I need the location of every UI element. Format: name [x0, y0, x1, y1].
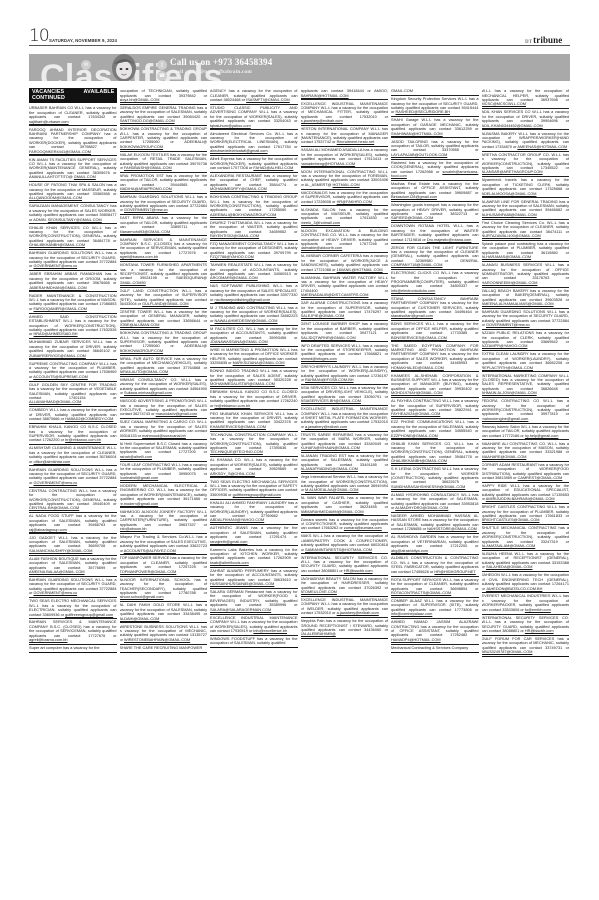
- listing-contact-email[interactable]: BDNSSERVICES@GMAIL.COM: [391, 336, 447, 340]
- classified-listing: GHALIB KHAN SERVICES CO. W.L.L has a vac…: [391, 440, 479, 466]
- listing-contact-email[interactable]: MOHD1979AH@GMAIL.COM: [391, 391, 443, 395]
- classified-listing: MACDONALDS has a vacancy for the occupat…: [301, 190, 389, 207]
- listing-contact-email[interactable]: SAFIEED@GMAIL.COM: [391, 216, 433, 220]
- classified-listing: Super art computer has a vacancy for the: [29, 645, 117, 653]
- classified-listing: WINDOWS FOODSTUFF has a vacancy for the …: [210, 636, 298, 648]
- listing-contact-email[interactable]: SALMANCHAUDHRY@GMAIL.COM: [29, 549, 92, 553]
- listing-contact-email[interactable]: a.jawahery@exibah.com: [305, 425, 347, 429]
- classified-listing: ALJANAN TRADING EST has a vacancy for th…: [301, 453, 389, 474]
- listing-contact-email[interactable]: ISASMFTI@GMAIL.COM: [246, 98, 290, 102]
- newspaper-logo: DTtribune: [525, 35, 562, 45]
- listing-text: FOUR LEAF CONTRACTING W.L.L has a vacanc…: [120, 463, 208, 476]
- listing-contact-email[interactable]: ALANSAR@ARETHAGROUP.COM: [482, 170, 543, 174]
- classified-listing: Kingdom Security Protection Services W.L…: [391, 96, 479, 117]
- classified-listing: AL DAHI FAKIH GOLD STORE W.L.L has a vac…: [120, 602, 208, 623]
- listing-contact-email[interactable]: ABU33249787@GMAIL.COM: [482, 650, 533, 654]
- listing-contact-email[interactable]: ALJANATRADING@GMAIL.COM: [301, 467, 358, 471]
- listing-text: ALAM FASHION BOUTIQUE has a vacancy for …: [29, 557, 117, 570]
- classified-listing: BDNS SERVICES W.L.L has a vacancy for th…: [391, 321, 479, 342]
- classified-listing: GREYCHERRY'S LAUNDRY W.L.L has a vacancy…: [301, 364, 389, 385]
- classified-listing: DOWNTOWN ROTANA HOTEL W.L.L has a vacanc…: [391, 223, 479, 244]
- classified-listing: MALAK ELKOON TEXTILES has a vacancy for …: [120, 152, 208, 173]
- classified-listing: AL RASHIDIYA GARDEN has a vacancy for th…: [391, 534, 479, 555]
- listing-contact-email[interactable]: ranajeeth@gmail.com: [210, 540, 247, 544]
- classified-listing: JJO GADGET W.L.L has a vacancy for the o…: [29, 534, 117, 555]
- listing-contact-email[interactable]: HR@FAKHRO.COM: [337, 200, 372, 204]
- classified-listing: DHURKZ THATTAKADA W.L.L has a vacancy fo…: [210, 220, 298, 241]
- listing-contact-email[interactable]: MARKSIZIANA@GMAIL.COM: [233, 361, 285, 365]
- listing-text: MUHAMMAD ZUBAIR SERVICES W.L.L has a vac…: [29, 340, 117, 353]
- listing-contact-email[interactable]: mahmutengine@gmail.com: [482, 417, 529, 421]
- listing-text: MONTANA TOWER FURNISHED APARTMENTS has a…: [120, 263, 208, 280]
- listing-contact-email[interactable]: sajitharh@urbaser.com: [29, 120, 69, 124]
- listing-text: JASOD TAILORING has a vacancy for the oc…: [391, 140, 479, 153]
- listing-contact-email[interactable]: fo@emibh.com: [525, 608, 551, 612]
- listing-contact-email[interactable]: GOVERNMENT@mrw.co: [34, 264, 78, 268]
- listing-text: W.L.L has a vacancy for the occupation o…: [482, 89, 570, 102]
- listing-contact-email[interactable]: ACCOUNTS@SUPREME.COM: [33, 375, 88, 379]
- listing-contact-email[interactable]: BRIGHTCASTLES@GMAIL.COM: [482, 518, 540, 522]
- listing-text: BOKHOWA CONTRACTING & TRADING GROUP W.L.…: [120, 331, 208, 348]
- listing-text: SALARA GERMAN Restaurant has a vacancy f…: [210, 590, 298, 607]
- listing-contact-email[interactable]: HOTMAIL.COM: [333, 183, 360, 187]
- listing-contact-email[interactable]: AMEENADALIB@DIST.CAMITRS.COM: [301, 293, 369, 297]
- logo-text: tribune: [533, 35, 562, 45]
- classified-listing: ARETHA CONTRACTOR GROUP CO. W.L.L has a …: [482, 152, 570, 178]
- listing-text: FAROOQ AHMAD INTERIOR DECORATION BAHRAIN…: [29, 128, 117, 150]
- listing-contact-email[interactable]: info@excellence.bh: [253, 629, 287, 633]
- listing-contact-email[interactable]: SANTTINGO.DG@GMAIL.COM: [120, 119, 175, 123]
- listing-contact-email[interactable]: FAROOQAMER@GMAIL.COM: [34, 307, 87, 311]
- listing-text: M FACILITIES CO. W.L.L has a vacancy for…: [210, 327, 298, 340]
- listing-contact-email[interactable]: Bintasdum128@gmail.com: [391, 195, 437, 199]
- listing-contact-email[interactable]: LAYLAPAJAB@OUTLOOK.COM: [391, 153, 447, 157]
- listing-text: ELECTRONIC CLICKS CO W.L.L has a vacancy…: [391, 271, 479, 288]
- listing-contact-email[interactable]: ARKSDY_S@CHNL.COM: [210, 472, 255, 476]
- listing-contact-email[interactable]: hr.modern@gmail.com: [120, 502, 159, 506]
- classifieds-column: occupation of TECHNICIAN, suitably quali…: [120, 88, 208, 888]
- listing-contact-email[interactable]: FAROOQMKER4441@GMAIL.COM: [29, 150, 91, 154]
- listing-contact-email[interactable]: AMEENAS@HOTMAIL.COM: [517, 145, 567, 149]
- listing-text: KHAMEES AL-SHEHABI CORPORATION & BUSINES…: [391, 374, 479, 391]
- classified-listing: HASAN ALI MOHAMED ASADALLA has a vacancy…: [301, 147, 389, 168]
- classified-listing: AIRAIL FUR AUTO SERVICE has a vacancy fo…: [120, 356, 208, 377]
- classified-listing: PEO MUBARAK KHAN SERVICES W.L.L has a va…: [210, 410, 298, 431]
- listing-contact-email[interactable]: raj@alnadagroup.com: [29, 528, 67, 532]
- listing-contact-email[interactable]: ahmed@infoges.com: [301, 357, 337, 361]
- listing-contact-email[interactable]: a.jawahery@exibah.com: [301, 119, 343, 123]
- listing-contact-email[interactable]: CAMREST@GMAIL.COM: [518, 476, 563, 480]
- listing-contact-email[interactable]: GMAIL.COM: [74, 175, 96, 179]
- listing-contact-email[interactable]: fourleafwll@gmail.com: [120, 476, 159, 480]
- classified-listing: Al Helli Supermarket B.S.C Closed has a …: [120, 440, 208, 461]
- listing-contact-email[interactable]: ACCOUNTS@ALFAYEZ.COM: [124, 549, 176, 553]
- listing-contact-email[interactable]: gulfthreesgroup@gmail.com: [65, 613, 113, 617]
- listing-text: First Choice Cleaning Services Co. W.L.L…: [482, 221, 570, 234]
- listing-text: Almutweed Electrical Services Co. W.L.L …: [210, 132, 298, 149]
- listing-text: Splash palace pool contracting has a vac…: [482, 242, 570, 255]
- listing-contact-email[interactable]: Sultana.minhas@gmail.com: [124, 391, 172, 395]
- classified-listing: BAHRAIN GUARDING SOLUTIONS W.L.L has a v…: [29, 577, 117, 598]
- classified-listing: BAHRAIN GUARDING SOLUTIONS W.L.L has a v…: [482, 309, 570, 330]
- listing-contact-email[interactable]: KUHAFA@VIHAAN@GMAIL.COM: [301, 446, 361, 450]
- listing-contact-email[interactable]: SALJDQTWRNR@GMAIL.COM: [301, 336, 356, 340]
- listing-contact-email[interactable]: SALEJPIE@GMAIL.COM: [301, 314, 345, 318]
- listing-text: BOKHOWA CONTRACTING & TRADING GROUP W.L.…: [210, 195, 298, 212]
- listing-text: GULF FORUM FOR CAR SERVICES has a vacanc…: [482, 637, 570, 650]
- classified-listing: AUTHENTIC JEANS has a vacancy for the oc…: [210, 525, 298, 546]
- classified-listing: AL MISBAR CORNER CAFETERIA has a vacancy…: [301, 253, 389, 274]
- listing-contact-email[interactable]: ALLQANOODM@GMAIL.COM: [29, 196, 82, 200]
- classified-listing: MAHMOOD ALNOON JOINERY FACTORY W.L.L has…: [120, 508, 208, 534]
- classified-listing: Aleppbia Pain has a vacancy for the occu…: [301, 618, 389, 639]
- listing-contact-email[interactable]: RAYENTIS02@GMAIL.COM: [210, 234, 259, 238]
- listing-text: BAHRAIN SERVICES & MAINTENANCE COMPANY B…: [29, 620, 117, 637]
- classified-listing: ROTA SUPPORT SERVICES W.L.L has a vacanc…: [391, 577, 479, 598]
- listing-contact-email[interactable]: HUSSAINHUSSAIN85@GMAIL.COM: [210, 582, 274, 586]
- listing-contact-email[interactable]: MOHAMMEDALISTAR@GMAIL.COM: [210, 382, 275, 386]
- listing-contact-email[interactable]: GOVERNMENT@mrw.co: [34, 591, 78, 595]
- publication-date: SATURDAY, NOVEMBER 9, 2024: [49, 38, 117, 43]
- listing-text: KHALILI ALI AHMED FAKHRANY LAUNDRY has a…: [210, 501, 298, 518]
- support-agent-avatar-icon: [106, 54, 142, 81]
- listing-contact-email[interactable]: 160ANIL@HOTMAIL.COM: [337, 268, 383, 272]
- listing-contact-email[interactable]: M.ALMOEALAA@GMAIL.COM: [305, 488, 358, 492]
- classified-listing: First Choice Cleaning Services Co. W.L.L…: [482, 220, 570, 241]
- listing-contact-email[interactable]: SAMIANINTARESTS@HOTMAIL.COM: [305, 548, 372, 552]
- listing-contact-email[interactable]: stanalsultan@gmail.com: [391, 314, 433, 318]
- listing-contact-email[interactable]: hamadmbeng@HOTMAIL.COM: [301, 162, 356, 166]
- classified-listing: EZZ PHONE COMMUNICATIONS W.L.L has a vac…: [391, 419, 479, 440]
- listing-contact-email[interactable]: JOBE@ALUMAN.COM: [120, 323, 160, 327]
- listing-text: URBASER BAHRAIN CO W.L.L has a vacancy f…: [29, 106, 117, 119]
- listing-text: GMAIL.COM: [391, 89, 413, 93]
- email-icon: ✉: [81, 60, 91, 70]
- classified-listing: TECHNOVAL CONSTRUCTION COMPANY W.L.L has…: [210, 432, 298, 458]
- classified-listing: EXCELLENCE INDUSTRIAL MAINTENANCE COMPAN…: [301, 597, 389, 618]
- header-rule: [29, 45, 570, 46]
- listing-contact-email[interactable]: ksab@alhelifoods.com: [210, 561, 249, 565]
- listing-contact-email[interactable]: tqbaluhum@yahoo.com: [210, 124, 251, 128]
- listing-contact-email[interactable]: MOHAMMEDRFY@GMAIL.COM: [210, 187, 267, 191]
- classified-listing: ALANASI BUSINESS SERVICES W.L.L has a va…: [482, 262, 570, 288]
- classified-listing: MUHAMMAD ZUBAIR SERVICES W.L.L has a vac…: [29, 339, 117, 360]
- classified-listing: BAHRAIN GUARDING SOLUTIONS W.L.L has a v…: [120, 194, 208, 215]
- classified-listing: EAST RIFFA ABAYA has a vacancy for the o…: [120, 215, 208, 236]
- listing-contact-email[interactable]: AZZAMPR@YAHOO.COM: [482, 344, 528, 348]
- listing-text: EZZ PHONE COMMUNICATIONS W.L.L has a vac…: [391, 420, 479, 433]
- listing-text: SHARE THE CARE RECRUITING MANPOWER: [120, 646, 203, 650]
- classifieds-column: W.L.L has a vacancy for the occupation o…: [482, 88, 570, 888]
- listing-text: GERALDOS EMPIRE GENERAL TRADING has a va…: [120, 106, 208, 119]
- listing-contact-email[interactable]: KHANSERVICES@GMAIL.COM: [210, 425, 266, 429]
- classified-listing: GULF FORUM FOR CAR SERVICES has a vacanc…: [482, 636, 570, 657]
- listing-contact-email[interactable]: almutwedelectricalwll@gmail.com: [210, 149, 268, 153]
- classified-listing: EXCELLENCE INDUSTRIAL MAINTENANCE COMPAN…: [301, 100, 389, 126]
- classified-listing: Alfayez For Trading & Services Co.W.L.L …: [120, 534, 208, 555]
- listing-contact-email[interactable]: SALARA@SALARAGERMAN.COM: [210, 608, 271, 612]
- listing-contact-email[interactable]: gulfthreesgroup@gmail.com: [233, 493, 281, 497]
- classified-listing: M J TRADING AND CONTRACTING W.L.L has a …: [210, 304, 298, 325]
- listing-contact-email[interactable]: NAWALAHMEDESWI@GMAIL.COM: [215, 319, 278, 323]
- listing-contact-email[interactable]: MCSC@MCSCWLL.COM: [482, 102, 526, 106]
- classified-listing: SHARE THE CARE RECRUITING MANPOWER: [120, 645, 208, 653]
- banner-email: email : advt@newsofbahrain.com: [170, 69, 252, 75]
- classified-listing: ASIA SERVICES CO. W.L.L has a vacancy fo…: [301, 385, 389, 406]
- classified-listing: EXTRA CLEAN LAUNDRY has a vacancy for th…: [482, 351, 570, 372]
- listing-contact-email[interactable]: TOPMANPOWER@GMAIL.COM: [120, 570, 177, 574]
- listing-text: MAAHARE ALI CONTRACTING CO. W.L.L has a …: [482, 442, 570, 455]
- listing-contact-email[interactable]: FAYHEA2024@GMAIL.COM: [391, 412, 440, 416]
- classified-listing: NASEER AHMED MOHAMMAD HASSAN AL HASSAN S…: [391, 513, 479, 534]
- listing-text: PEO MUBARAK KHAN SERVICES W.L.L has a va…: [210, 412, 298, 425]
- listing-contact-email[interactable]: GOVERNMENT@mrw.co: [486, 323, 530, 327]
- listing-text: ALMANHAL BAHRAIN WATER FACTORY W.L.L has…: [301, 276, 389, 293]
- classified-listing: GULF LAND CONSTRUCTION W.L.L has a vacan…: [120, 288, 208, 309]
- listing-contact-email[interactable]: GOVERNMENT@mrw.co: [34, 481, 78, 485]
- listing-contact-email[interactable]: ashah@alhelli.com: [120, 455, 153, 459]
- classified-listing: MAAHARE ALI CONTRACTING CO. W.L.L has a …: [482, 440, 570, 461]
- listing-text: SHAHI Garage W.L.L has a vacancy for the…: [391, 118, 479, 131]
- listing-contact-email[interactable]: hr@ebkanoo.com.bh: [65, 438, 101, 442]
- listing-text: EXTRA CLEAN LAUNDRY has a vacancy for th…: [482, 352, 570, 365]
- listing-contact-email[interactable]: JOANAWASSANA@GMAIL.COM: [210, 340, 268, 344]
- listing-contact-email[interactable]: info@combepalaaz.com: [391, 612, 432, 616]
- listing-contact-email[interactable]: ROTACONTRACTS@GMAIL.COM: [391, 591, 451, 595]
- listing-contact-email[interactable]: CENTRAL.BH@GMAIL.COM: [29, 506, 79, 510]
- listing-text: AHMED HAMAD JASSIM ALAZRAWI CONTRACTING …: [391, 620, 479, 637]
- listing-contact-email[interactable]: SALAHEDA@GMAIL.COM: [486, 565, 532, 569]
- classified-listing: INTERNATIONAL SECURITY SERVICES CO. W.L.…: [482, 615, 570, 636]
- listing-contact-email[interactable]: REPLACTRTH@GMAIL.COM: [482, 366, 533, 370]
- listing-contact-email[interactable]: masoodadv@gmail.com: [156, 412, 197, 416]
- listing-contact-email[interactable]: GULFLAND@GMAIL.COM: [142, 302, 188, 306]
- listing-contact-email[interactable]: HR@HIGHGROUP.NET: [434, 570, 475, 574]
- listing-contact-email[interactable]: HOMAKHALED@GMAIL.COM: [391, 366, 444, 370]
- listing-text: AL DAHI FAKIH GOLD STORE W.L.L has a vac…: [120, 603, 208, 616]
- listing-contact-email[interactable]: AMEENA.BALAA@GMAIL.COM: [29, 570, 85, 574]
- listing-contact-email[interactable]: MAAHARE@GMAIL.COM: [482, 455, 527, 459]
- classified-listing: Kareem's Labs Bakeries has a vacancy for…: [210, 546, 298, 567]
- listing-contact-email[interactable]: AMIRIJUDDIN.BAHRAIN@GMAIL.COM: [486, 497, 555, 501]
- listing-text: DHURKZ THATTAKADA W.L.L has a vacancy fo…: [210, 221, 298, 234]
- listing-contact-email[interactable]: BAHRAIN@HOTMAIL.COM: [301, 94, 349, 98]
- listing-contact-email[interactable]: HAMADP4@HOTMAIL.COM: [391, 638, 441, 642]
- listing-contact-email[interactable]: NAHSSTORE@GMAIL.COM: [427, 527, 477, 531]
- listing-contact-email[interactable]: AMMARAHMEDAMM@GMAIL.COM: [301, 510, 364, 514]
- classified-listing: BAHRAIN GUARDING SOLUTIONS W.L.L has a v…: [29, 466, 117, 487]
- classifieds-column: GMAIL.COMKingdom Security Protection Ser…: [391, 88, 479, 888]
- listing-text: BRIGHT CASTLES CONTRACTING W.L.L has a v…: [482, 505, 570, 518]
- listing-contact-email[interactable]: ALHARAMAS@GMAIL.COM: [482, 255, 532, 259]
- listing-text: JAGHABIYAH BEAUTY SALON has a vacancy fo…: [301, 577, 389, 590]
- listing-contact-email[interactable]: Manarmohd93@GMAIL.COM: [120, 230, 171, 234]
- listing-contact-email[interactable]: ALAMATAALAM@GMAIL.COM: [482, 544, 536, 548]
- listing-contact-email[interactable]: GOVERNMENT@mrw.co: [124, 208, 168, 212]
- listing-contact-email[interactable]: abg@alrashidiya.com: [391, 549, 428, 553]
- listing-text: MAHMOOD ALNOON JOINERY FACTORY W.L.L has…: [120, 510, 208, 527]
- listing-text: AUTHENTIC JEANS has a vacancy for the oc…: [210, 526, 298, 539]
- listing-text: STUDIO CLASSIC PUBLICITY AND ADVERTISING…: [210, 106, 298, 123]
- listing-contact-email[interactable]: mahmoud@suezcanal.bh: [142, 434, 186, 438]
- listing-contact-email[interactable]: HAROONNEEBH@GMAIL.COM: [482, 281, 538, 285]
- classified-listing: ALMAD HYDROHIND CONSULTANCY W.L.L has a …: [391, 492, 479, 513]
- classified-listing: AHMED HAMAD JASSIM ALAZRAWI CONTRACTING …: [391, 619, 479, 645]
- classified-listing: SHAHI Garage W.L.L has a vacancy for the…: [391, 117, 479, 138]
- classified-listing: KIN AMAN TS FACILITIES SUPPORT SERVICES …: [29, 156, 117, 182]
- classified-listing: THE SAEED EGYPTIAN COMPANY FOR MARKETING…: [391, 342, 479, 372]
- listing-text: GHALIB KHAN SERVICES CO. W.L.L has a vac…: [391, 442, 479, 459]
- listing-contact-email[interactable]: agreil@basma.com.bh: [120, 255, 159, 259]
- classified-listing: HOUSE OF PATONG THAI SPA & SALON has a v…: [29, 182, 117, 203]
- listing-text: AL WAN WAR FALAFEL has a vacancy for the…: [301, 496, 389, 509]
- classified-listing: GULF GOLDEN SKY CENTRE FOR TRADING has a…: [29, 382, 117, 408]
- listing-contact-email[interactable]: ADELALMOOSA@GMAIL.COM: [482, 192, 537, 196]
- listing-contact-email[interactable]: JABERAHMDHAN@GMAIL.COM: [29, 286, 87, 290]
- listing-contact-email[interactable]: NURTAZAWALI100@GMAIL.COM: [482, 234, 541, 238]
- listing-contact-email[interactable]: ALDAHI@GMAIL.COM: [120, 617, 160, 621]
- classified-listing: Vega International Service W.L.L has a v…: [301, 474, 389, 495]
- listing-contact-email[interactable]: zumara@zumara.com: [344, 526, 382, 530]
- listing-text: STANA CONSULTANCY BAHRAINI PARTNERSHIP C…: [391, 297, 479, 314]
- listing-contact-email[interactable]: HR@isscbh.com: [344, 569, 373, 573]
- listing-contact-email[interactable]: SUMDHARASAHSHNESSH@GMAIL.COM: [391, 485, 465, 489]
- listing-contact-email[interactable]: ARCOMAR9@GMAIL.COM: [210, 276, 258, 280]
- listing-contact-email[interactable]: FZQ7788@YAHOO.COM: [210, 255, 254, 259]
- listing-contact-email[interactable]: info@electronicclicks.com: [391, 289, 435, 293]
- listing-text: TAHWEN REALESTATE W.L.L has a vacancy fo…: [210, 263, 298, 276]
- classified-listing: INTERNATIONAL MARKETING COMPANY W.L.L (C…: [482, 372, 570, 398]
- listing-contact-email[interactable]: TECHNIQUE@TECHNO.COM: [210, 450, 263, 454]
- classified-listing: W.L.L has a vacancy for the occupation o…: [482, 88, 570, 109]
- listing-contact-email[interactable]: HR@isscbh.com: [525, 629, 554, 633]
- listing-text: ALANASI BUSINESS SERVICES W.L.L has a va…: [482, 263, 570, 280]
- listing-contact-email[interactable]: ADEEBALI@BOKHOWAGROUP.COM: [210, 213, 276, 217]
- listing-contact-email[interactable]: info@alnoon.bh: [120, 527, 147, 531]
- listing-contact-email[interactable]: SEONSULTANY@GMAIL.COM: [48, 218, 102, 222]
- listing-contact-email[interactable]: SHAHIWAN@HOTMAIL.COM: [391, 132, 443, 136]
- listing-contact-email[interactable]: ABDALFKHANI@YAHOO.COM: [210, 518, 264, 522]
- listing-contact-email[interactable]: agreil@basma.com.bh: [29, 638, 68, 642]
- listing-contact-email[interactable]: ADIL.KHAN0344452@GMAIL.COM: [482, 124, 543, 128]
- classified-listing: Almutweed Electrical Services Co. W.L.L …: [210, 130, 298, 156]
- classified-listing: applicants can contact 39418444 or AMIGO…: [301, 88, 389, 100]
- listing-contact-email[interactable]: ASIASERVICES.BH@GMAIL.COM: [301, 399, 361, 403]
- listing-contact-email[interactable]: RASHEED@SECURIDORE.BH: [396, 110, 451, 114]
- listing-contact-email[interactable]: hy.help@gmail.com: [525, 434, 559, 438]
- listing-text: ARETHA CONTRACTOR GROUP CO. W.L.L has a …: [482, 153, 570, 170]
- listing-contact-email[interactable]: ALLAMAHMAD@GMAIL.COM: [29, 400, 81, 404]
- listing-text: THE SAEED EGYPTIAN COMPANY FOR MARKETING…: [391, 344, 479, 366]
- classified-listing: KHAMEES AL-SHEHABI CORPORATION & BUSINES…: [391, 372, 479, 398]
- listing-text: ASIA SERVICES CO. W.L.L has a vacancy fo…: [301, 386, 389, 399]
- listing-contact-email[interactable]: AHMAIN.ALJOW@GMAIL.COM: [482, 391, 537, 395]
- listing-contact-email[interactable]: MADIHA@ARAIPROMO.COM: [120, 187, 172, 191]
- listing-text: Kareem's Labs Bakeries has a vacancy for…: [210, 548, 298, 561]
- listing-text: AL RASHIDIYA GARDEN has a vacancy for th…: [391, 535, 479, 548]
- listing-contact-email[interactable]: COMPANY718@GMAIL.COM: [391, 263, 442, 267]
- classified-listing: ARAI PROMOTION EST has a vacancy for the…: [120, 173, 208, 194]
- listing-contact-email[interactable]: ATOMEULOVE.COM: [301, 590, 337, 594]
- classified-listing: SUEZ CANAL MARKETING & CARGO CO. W.L.L h…: [120, 419, 208, 440]
- listing-contact-email[interactable]: AIRAILAUTO@GMAIL.COM: [120, 370, 169, 374]
- listing-contact-email[interactable]: HABAD2@COMBEDY.COM: [65, 417, 113, 421]
- classified-listing: TOP MANPOWER SERVICE has a vacancy for t…: [120, 555, 208, 576]
- listing-contact-email[interactable]: Dro.majestic@rotana.com: [427, 238, 472, 242]
- phone-icon: ☎: [157, 71, 167, 81]
- listing-contact-email[interactable]: RAHMAN@IFGSB.COM.BH: [305, 378, 354, 382]
- listing-contact-email[interactable]: hr@ebkanoo.com.bh: [215, 404, 251, 408]
- listing-contact-email[interactable]: HRAD@AHMEDSAID.BH: [34, 332, 78, 336]
- listing-contact-email[interactable]: Recruitment.hesto.net: [337, 140, 375, 144]
- classified-listing: BAHRAIN SERVICES & MAINTENANCE COMPANY B…: [120, 236, 208, 262]
- classified-listing: ALSHADA SALON has a vacancy for the occu…: [301, 206, 389, 227]
- classified-listing: WISE M MARKETING & PROMOTION W.L.L has a…: [210, 347, 298, 368]
- listing-text: EXCELLENCE INDUSTRIAL MAINTENANCE COMPAN…: [301, 102, 389, 119]
- classified-listing: WIRESTONE BUSINESS SOLUTIONS W.L.L has a…: [120, 623, 208, 644]
- listing-contact-email[interactable]: sioyz.bh@GMAIL.COM: [120, 98, 160, 102]
- listing-text: BDNS SERVICES W.L.L has a vacancy for th…: [391, 322, 479, 335]
- classified-listing: SUPREME CONTRACTING COMPANY W.L.L has a …: [29, 360, 117, 381]
- listing-text: FEDORA CONTRACTING CO W.L.L has a vacanc…: [482, 399, 570, 416]
- listing-contact-email[interactable]: nsoftwarepublishing@gmail.com: [215, 298, 270, 302]
- listing-contact-email[interactable]: BOKHOWAGROUP.COM: [120, 145, 164, 149]
- listing-contact-email[interactable]: FAHDBAISH@GMAIL.COM: [124, 166, 172, 170]
- listing-text: CENTRE TOWER W.L.L has a vacancy for the…: [120, 310, 208, 323]
- listing-contact-email[interactable]: ALIHUSAINFA88@GMAIL.COM: [482, 213, 537, 217]
- listing-contact-email[interactable]: BOKHOWAGROUP.COM: [120, 349, 164, 353]
- listing-text: HOUSE OF PATONG THAI SPA & SALON has a v…: [29, 183, 117, 196]
- classified-listing: GHALIB KHAN SERVICES CO W.L.L has a vaca…: [29, 224, 117, 250]
- classified-listing: Zumara sweets has a vacancy for the occu…: [301, 516, 389, 533]
- listing-contact-email[interactable]: dalmable@aldoorth.com: [301, 246, 343, 250]
- listing-text: GULF GOLDEN SKY CENTRE FOR TRADING has a…: [29, 383, 117, 400]
- listing-contact-email[interactable]: ZUBAIRSERVICE@GMAIL.COM: [29, 354, 86, 358]
- listing-contact-email[interactable]: FAHAD@ALHELI.COM: [253, 166, 293, 170]
- listing-contact-email[interactable]: WIRESTONEBAHRAIN@GMAIL.COM: [124, 638, 190, 642]
- classified-listing: STUDIO CLASSIC PUBLICITY AND ADVERTISING…: [210, 105, 298, 131]
- classified-listing: EBRAHIM KHALIL KANOO CO B.S.C CLOSED has…: [210, 389, 298, 410]
- classified-listing: EXCELLENCE INDUSTRIAL MAINTENANCE COMPAN…: [301, 406, 389, 432]
- listing-text: MODERN MECHANICAL ELECTRICAL & ENGINEERI…: [120, 484, 208, 501]
- classified-listing: AL FAYHEA CONTRACTING W.L.L has a vacanc…: [391, 398, 479, 419]
- classified-listing: SALARA GERMAN Restaurant has a vacancy f…: [210, 589, 298, 615]
- classified-listing: RADER MAINTENANCE & CONSTRUCTION W.L.L h…: [29, 292, 117, 313]
- classified-listing: SARAZAAN MANAGEMENT CONSULTANCY has a va…: [29, 203, 117, 224]
- classified-listing: AL KHANAA CO. W.L.L has a vacancy for th…: [210, 457, 298, 478]
- listing-text: JJO GADGET W.L.L has a vacancy for the o…: [29, 536, 117, 549]
- listing-contact-email[interactable]: GHALIBKHANBH@GMAIL.COM: [29, 243, 85, 247]
- classified-listing: Alheli Express has a vacancy for the occ…: [210, 156, 298, 173]
- listing-contact-email[interactable]: ALMADHYDRO@GMAIL.COM: [395, 506, 448, 510]
- classified-listing: CENTRAL CONTRACTING W.L.L has a vacancy …: [29, 488, 117, 514]
- listing-contact-email[interactable]: a.jawahery@exibah.com: [337, 611, 379, 615]
- listing-contact-email[interactable]: GMAIL.COM50: [120, 281, 146, 285]
- listing-contact-email[interactable]: JALALEBRAHIMB@: [301, 632, 336, 636]
- listing-text: SHUTTLE MECHANICAL CONTRACTING has a vac…: [482, 526, 570, 543]
- classified-listing: ZAHRAT ALWARD PERFUMERY has a vacancy fo…: [210, 568, 298, 589]
- listing-contact-email[interactable]: JAHEDON@BATELCO.COM.BH: [486, 587, 542, 591]
- classified-listing: MASOOD ADVERTISING & PROMOTIONS W.L.L ha…: [120, 398, 208, 419]
- listing-contact-email[interactable]: EZZPHONE@GMAIL.COM: [391, 434, 438, 438]
- classified-listing: JASOD TAILORING has a vacancy for the oc…: [391, 138, 479, 159]
- listing-contact-email[interactable]: AMEENA.ALHAMAALMAS@GMAIL.COM: [482, 302, 554, 306]
- listing-contact-email[interactable]: breelo_3@hotmail.com: [301, 221, 341, 225]
- classified-listing: INFO DRAFTED SERVICES W.L.L has a vacanc…: [301, 342, 389, 363]
- listing-contact-email[interactable]: alnoor.school@gmail.com: [120, 595, 164, 599]
- listing-contact-email[interactable]: GHALIBKHANBH@GMAIL.COM: [391, 459, 447, 463]
- listing-contact-email[interactable]: office@almishtar.com: [34, 460, 71, 464]
